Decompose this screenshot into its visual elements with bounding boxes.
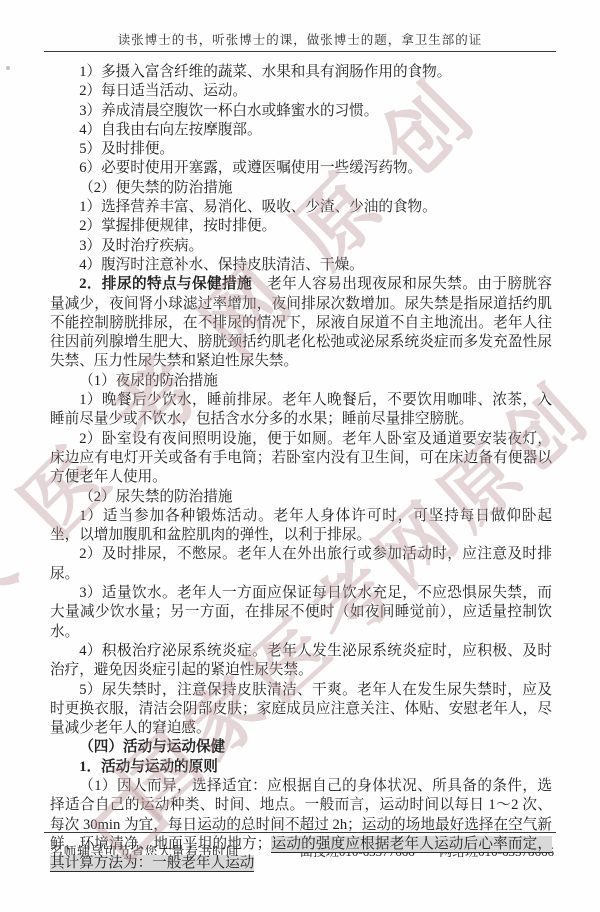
scan-artifact — [6, 66, 10, 70]
body-text-run: 6）必要时使用开塞露，或遵医嘱使用一些缓泻药物。 — [79, 160, 422, 176]
paragraph: （2）尿失禁的防治措施 — [50, 488, 552, 507]
paragraph: 5）及时排便。 — [50, 140, 552, 159]
paragraph: 3）适量饮水。老年人一方面应保证每日饮水充足，不应恐惧尿失禁，而大量减少饮水量；… — [50, 584, 552, 642]
body-text-run: 1）适当参加各种锻炼活动。老年人身体许可时，可坚持每日做仰卧起坐，以增加腹肌和盆… — [50, 508, 552, 543]
body-text-run: 2）卧室设有夜间照明设施，便于如厕。老年人卧室及通道要安装夜灯，床边应有电灯开关… — [50, 431, 552, 486]
body-text-run: 1）多摄入富含纤维的蔬菜、水果和具有润肠作用的食物。 — [79, 64, 451, 80]
body-text-run: （2）尿失禁的防治措施 — [79, 489, 232, 505]
body-text-run: 5）尿失禁时，注意保持皮肤清洁、干爽。老年人在发生尿失禁时，应及时更换衣服，清洁… — [50, 682, 552, 737]
paragraph: 6）必要时使用开塞露，或遵医嘱使用一些缓泻药物。 — [50, 159, 552, 178]
heading-text: （四）活动与运动保健 — [79, 739, 225, 755]
body-text-run: （2）便失禁的防治措施 — [79, 180, 232, 196]
body-text-run: 2）掌握排便规律，按时排便。 — [79, 218, 276, 234]
page-body: 1）多摄入富含纤维的蔬菜、水果和具有润肠作用的食物。2）每日适当活动、运动。3）… — [50, 63, 552, 873]
body-text-run: 1）选择营养丰富、易消化、吸收、少渣、少油的食物。 — [79, 199, 437, 215]
body-text-run: 3）适量饮水。老年人一方面应保证每日饮水充足，不应恐惧尿失禁，而大量减少饮水量；… — [50, 585, 552, 640]
header-slogan: 读张博士的书，听张博士的课，做张博士的题，拿卫生部的证 — [0, 30, 600, 48]
paragraph: 5）尿失禁时，注意保持皮肤清洁、干爽。老年人在发生尿失禁时，应及时更换衣服，清洁… — [50, 681, 552, 739]
body-text-run: 3）及时治疗疾病。 — [79, 238, 203, 254]
paragraph: （2）便失禁的防治措施 — [50, 179, 552, 198]
paragraph: 4）自我由右向左按摩腹部。 — [50, 121, 552, 140]
heading-text: 1．活动与运动的原则 — [79, 759, 218, 775]
paragraph: 2）卧室设有夜间照明设施，便于如厕。老年人卧室及通道要安装夜灯，床边应有电灯开关… — [50, 430, 552, 488]
body-text-run: 2）每日适当活动、运动。 — [79, 83, 247, 99]
paragraph: （1）夜尿的防治措施 — [50, 372, 552, 391]
body-text-run: 4）腹泻时注意补水、保持皮肤清洁、干燥。 — [79, 257, 364, 273]
body-text-run: 4）自我由右向左按摩腹部。 — [79, 122, 261, 138]
body-text-run: 5）及时排便。 — [79, 141, 174, 157]
paragraph: （1）因人而异，选择适宜：应根据自己的身体状况、所具备的条件，选择适合自己的运动… — [50, 777, 552, 873]
paragraph: 4）腹泻时注意补水、保持皮肤清洁、干燥。 — [50, 256, 552, 275]
paragraph: 2）及时排尿，不憋尿。老年人在外出旅行或参加活动时，应注意及时排尿。 — [50, 545, 552, 584]
paragraph: （四）活动与运动保健 — [50, 738, 552, 757]
paragraph: 3）养成清晨空腹饮一杯白水或蜂蜜水的习惯。 — [50, 102, 552, 121]
body-text-run: 3）养成清晨空腹饮一杯白水或蜂蜜水的习惯。 — [79, 103, 378, 119]
scanned-page: 国家医考网原创 国家医考网原创 读张博士的书，听张博士的课，做张博士的题，拿卫生… — [0, 0, 600, 912]
body-text-run: 1）晚餐后少饮水，睡前排尿。老年人晚餐后，不要饮用咖啡、浓茶，入睡前尽量少或不饮… — [50, 392, 552, 427]
paragraph: 2）每日适当活动、运动。 — [50, 82, 552, 101]
paragraph: 1）多摄入富含纤维的蔬菜、水果和具有润肠作用的食物。 — [50, 63, 552, 82]
heading-text: 2．排尿的特点与保健措施 — [79, 276, 252, 292]
body-text-run: 2）及时排尿，不憋尿。老年人在外出旅行或参加活动时，应注意及时排尿。 — [50, 546, 552, 581]
paragraph: 2）掌握排便规律，按时排便。 — [50, 217, 552, 236]
paragraph: 2．排尿的特点与保健措施 老年人容易出现夜尿和尿失禁。由于膀胱容量减少，夜间肾小… — [50, 275, 552, 371]
header-rule — [44, 51, 556, 52]
paragraph: 1）晚餐后少饮水，睡前排尿。老年人晚餐后，不要饮用咖啡、浓茶，入睡前尽量少或不饮… — [50, 391, 552, 430]
body-text-run: 4）积极治疗泌尿系统炎症。老年人发生泌尿系统炎症时，应积极、及时治疗，避免因炎症… — [50, 643, 552, 678]
paragraph: 4）积极治疗泌尿系统炎症。老年人发生泌尿系统炎症时，应积极、及时治疗，避免因炎症… — [50, 642, 552, 681]
paragraph: 1）适当参加各种锻炼活动。老年人身体许可时，可坚持每日做仰卧起坐，以增加腹肌和盆… — [50, 507, 552, 546]
paragraph: 1）选择营养丰富、易消化、吸收、少渣、少油的食物。 — [50, 198, 552, 217]
body-text-run: （1）夜尿的防治措施 — [79, 373, 218, 389]
paragraph: 1．活动与运动的原则 — [50, 758, 552, 777]
paragraph: 3）及时治疗疾病。 — [50, 237, 552, 256]
